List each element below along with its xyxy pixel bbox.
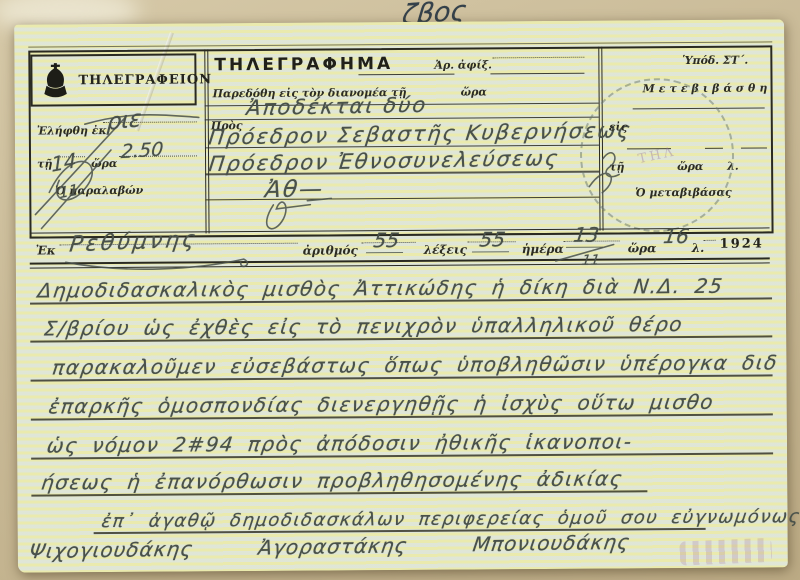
- signatures: Ψιχογιουδάκης Ἀγοραστάκης Μπονιουδάκης: [28, 530, 632, 563]
- day-label: ἡμέρα: [522, 242, 564, 256]
- crown-emblem-icon: [40, 62, 70, 98]
- message-line: ἐπ᾽ ἀγαθῷ δημοδιδασκάλων περιφερείας ὁμο…: [93, 490, 705, 534]
- received-hour-label: ὥρα: [91, 157, 117, 170]
- message-text: ἐπ᾽ ἀγαθῷ δημοδιδασκάλων περιφερείας ὁμο…: [100, 506, 800, 532]
- received-day-value: 14: [51, 148, 77, 177]
- origin-value: Ρεθύμνης: [68, 227, 200, 258]
- message-text: ἐπαρκῆς ὁμοσπονδίας διενεργηθῇς ἡ ἰσχὺς …: [47, 390, 716, 419]
- fill-line: [704, 240, 716, 241]
- number-value: 55: [366, 228, 407, 253]
- received-hour-value: 2.50: [120, 138, 164, 163]
- delivered-hour-label: ὥρα: [461, 85, 487, 98]
- subdivision-label: Ὑπόδ. ΣΤ΄.: [682, 54, 748, 67]
- arrival-number-label: Ἀρ. ἀφίξ.: [434, 58, 492, 71]
- fill-line: [741, 147, 767, 148]
- hour-label-counters: ὥρα: [628, 241, 657, 255]
- message-text: Σ/βρίου ὡς ἐχθὲς εἰς τὸ πενιχρὸν ὑπαλληλ…: [43, 312, 685, 340]
- message-line: Σ/βρίου ὡς ἐχθὲς εἰς τὸ πενιχρὸν ὑπαλληλ…: [30, 297, 772, 342]
- telegraph-office-box: ΤΗΛΕΓΡΑΦΕΙΟΝ: [30, 53, 196, 106]
- printed-year: 1924: [720, 236, 764, 251]
- words-label: λέξεις: [424, 243, 467, 257]
- minutes-label: λ.: [692, 241, 705, 255]
- message-line: ὡς νόμον 2#94 πρὸς ἀπόδοσιν ἠθικῆς ἱκανο…: [31, 414, 773, 459]
- scanned-telegram-photo: ζβος ΤΗΛΕΓΡΑΦΕΙΟΝ Ἐλήφθη ἐκ ριε τῇ ὥρα: [0, 0, 800, 580]
- message-line: ἐπαρκῆς ὁμοσπονδίας διενεργηθῇς ἡ ἰσχὺς …: [31, 375, 773, 420]
- message-text: παρακαλοῦμεν εὐσεβάστως ὅπως ὑποβληθῶσιν…: [51, 350, 780, 379]
- origin-label: Ἐκ: [36, 243, 56, 257]
- telegram-paper: ΤΗΛΕΓΡΑΦΕΙΟΝ Ἐλήφθη ἐκ ριε τῇ ὥρα 2.50 Ὁ…: [14, 19, 788, 572]
- message-line: παρακαλοῦμεν εὐσεβάστως ὅπως ὑποβληθῶσιν…: [30, 336, 772, 381]
- words-value: 55: [472, 227, 513, 252]
- number-label: ἀριθμός: [303, 243, 358, 257]
- received-from-label: Ἐλήφθη ἐκ: [37, 124, 107, 137]
- recipient-line: Ἀθ—: [264, 176, 326, 203]
- office-label: ΤΗΛΕΓΡΑΦΕΙΟΝ: [78, 72, 212, 88]
- day-value: 13: [566, 223, 607, 248]
- archive-mark-smudge: [679, 538, 772, 566]
- postal-stamp-text: ΤΗΛ: [637, 144, 678, 167]
- received-from-value: ριε: [106, 106, 142, 136]
- hour-value: 16: [656, 224, 697, 248]
- telegram-title: ΤΗΛΕΓΡΑΦΗΜΑ: [214, 54, 393, 75]
- received-day-sub: 11: [59, 181, 79, 203]
- recipient-line: Ἀποδέκται δύο: [245, 93, 429, 120]
